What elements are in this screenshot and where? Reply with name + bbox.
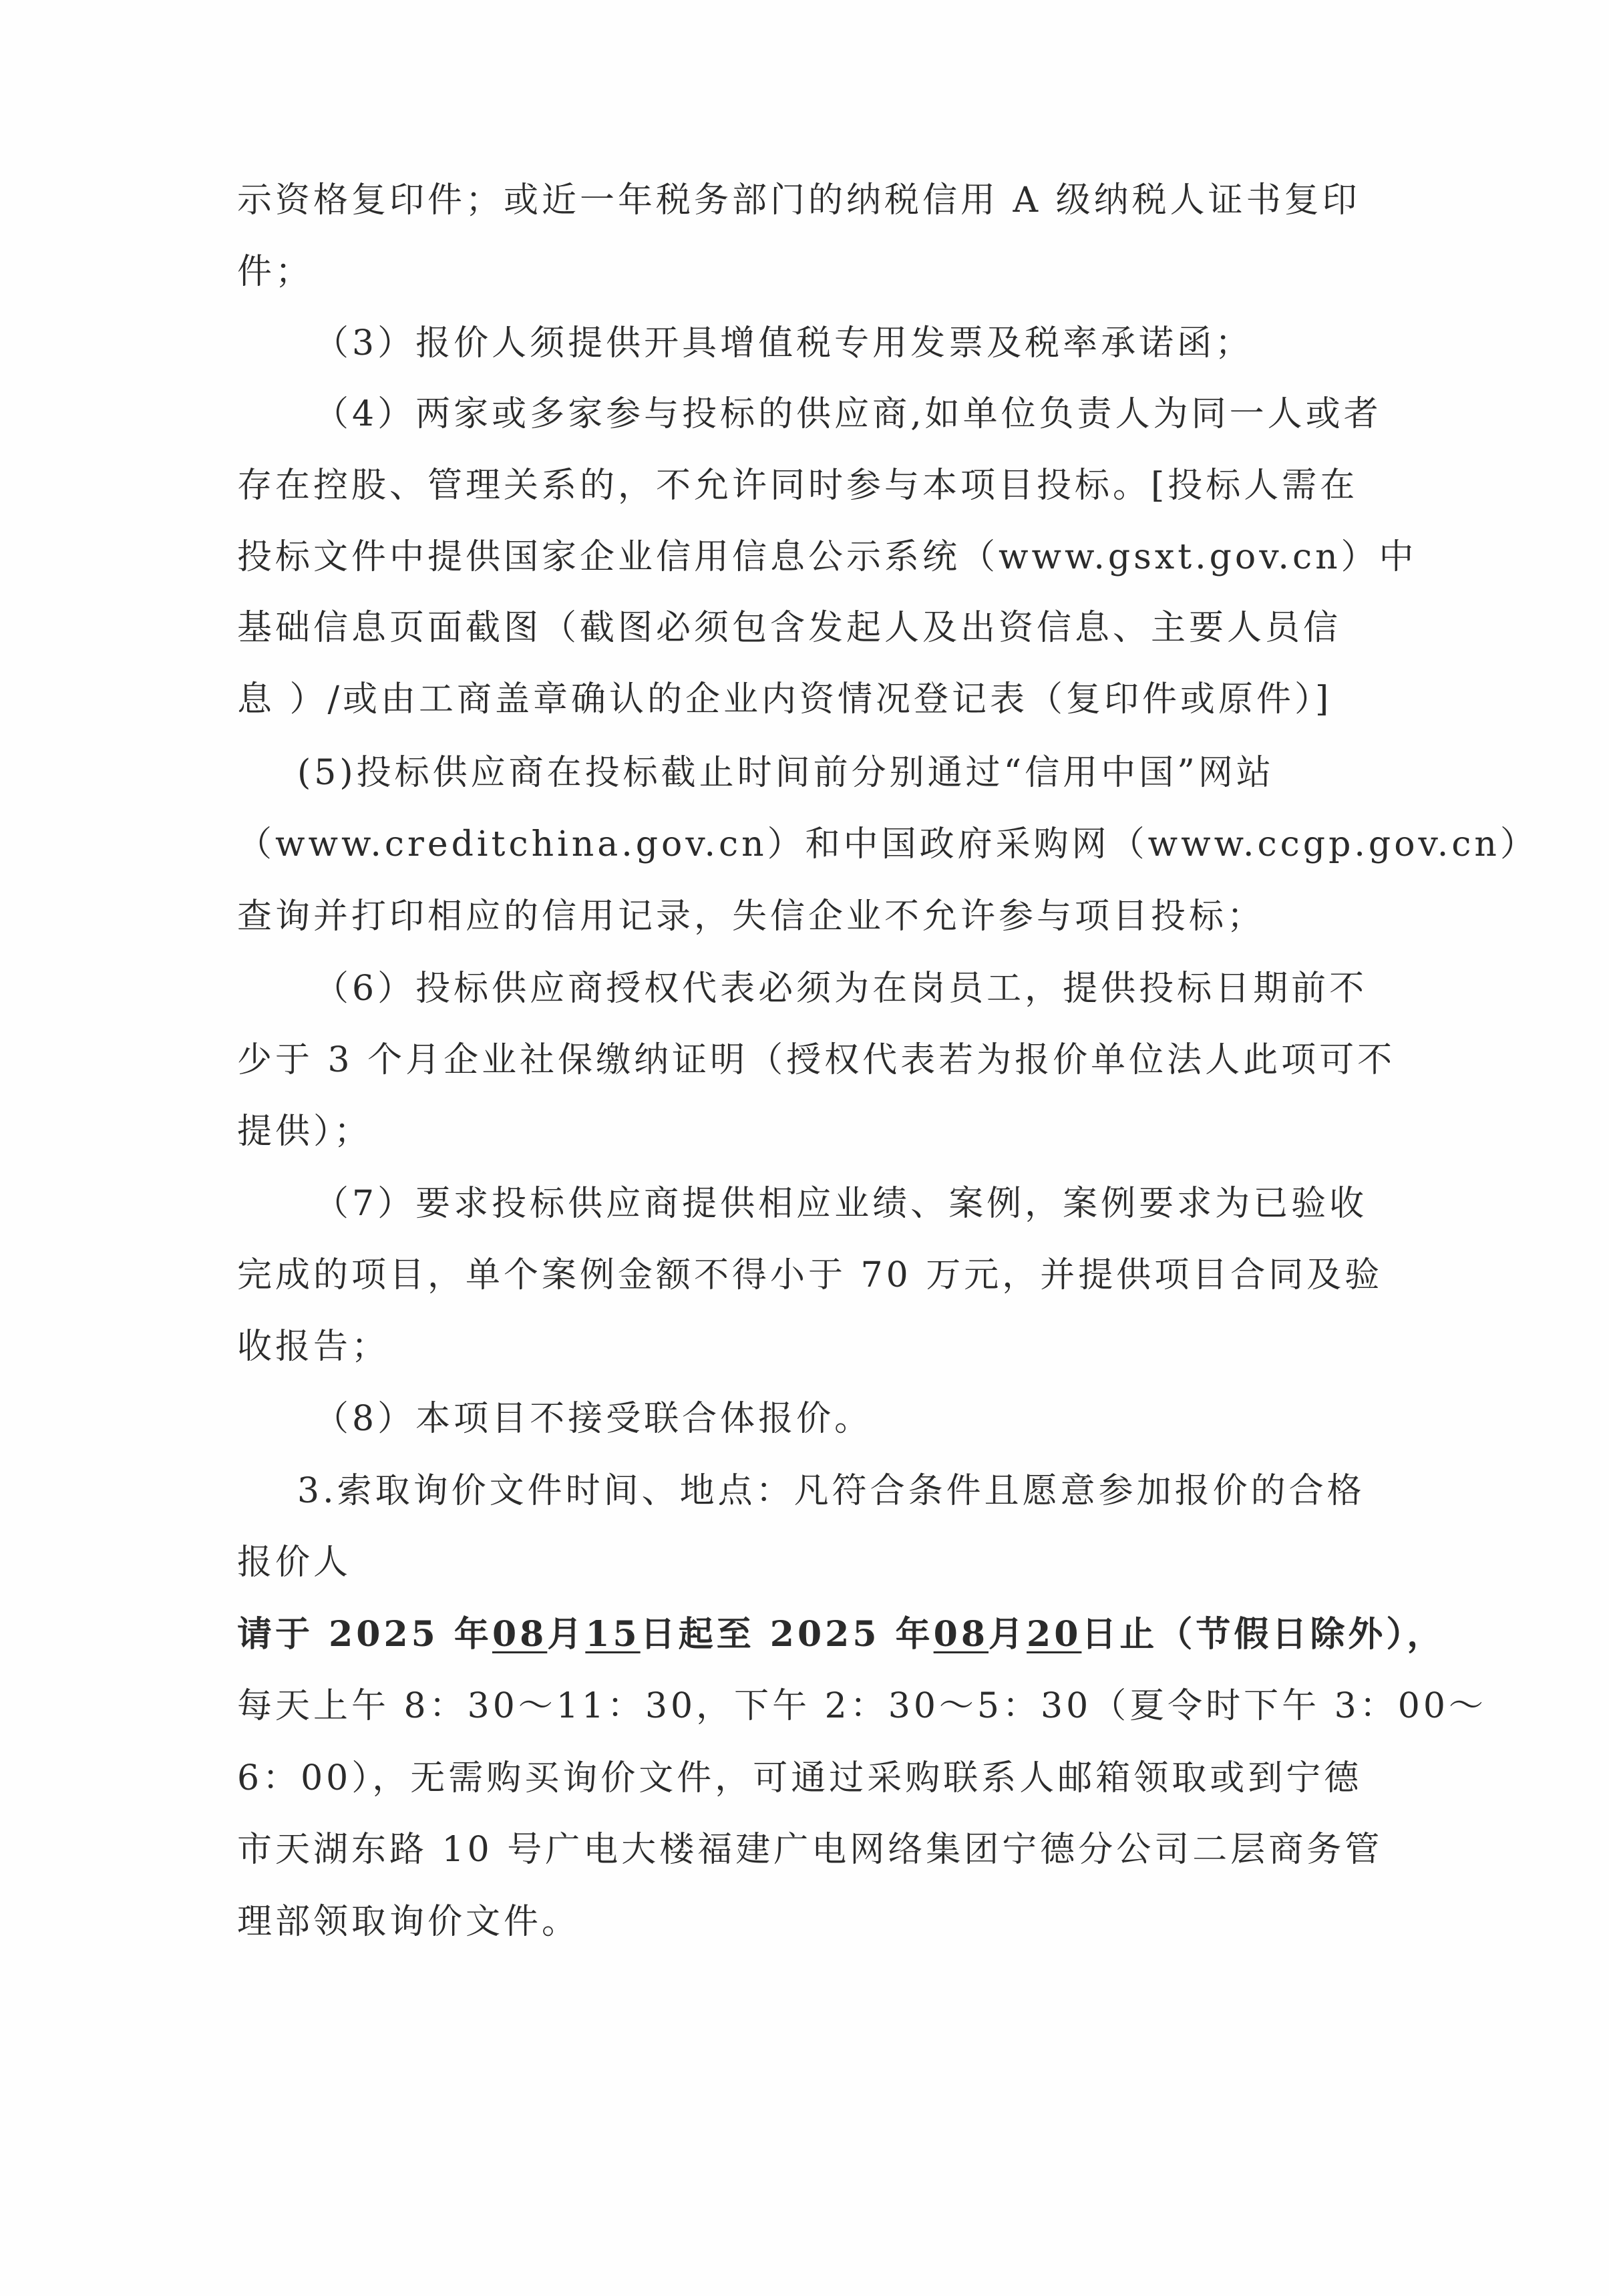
clause-5-line-2: （www.creditchina.gov.cn）和中国政府采购网（www.ccg… xyxy=(237,823,1386,866)
clause-7-line-2: 完成的项目，单个案例金额不得小于 70 万元，并提供项目合同及验 xyxy=(237,1254,1386,1297)
clause-6-line-3: 提供）； xyxy=(237,1110,1386,1153)
clause-5-line-3: 查询并打印相应的信用记录，失信企业不允许参与项目投标； xyxy=(237,895,1386,938)
office-hours: 每天上午 8：30～11：30，下午 2：30～5：30（夏令时下午 3：00～ xyxy=(237,1685,1386,1728)
clause-6-line-2: 少于 3 个月企业社保缴纳证明（授权代表若为报价单位法人此项可不 xyxy=(237,1039,1386,1082)
start-day: 15 xyxy=(585,1614,640,1655)
office-hours-line-2: 6：00），无需购买询价文件，可通过采购联系人邮箱领取或到宁德 xyxy=(237,1757,1386,1800)
clause-3-vat-invoice: （3）报价人须提供开具增值税专用发票及税率承诺函； xyxy=(314,322,1463,365)
clause-7-line-3: 收报告； xyxy=(237,1325,1386,1368)
text-line-qualification-copy: 示资格复印件；或近一年税务部门的纳税信用 A 级纳税人证书复印 xyxy=(237,179,1386,222)
clause-6-authorized-rep: （6）投标供应商授权代表必须为在岗员工，提供投标日期前不 xyxy=(314,967,1463,1010)
clause-4-line-5: 息 ）/或由工商盖章确认的企业内资情况登记表（复印件或原件）] xyxy=(237,678,1386,721)
end-day: 20 xyxy=(1027,1614,1081,1655)
section-3-line-2: 报价人 xyxy=(237,1541,1386,1584)
collection-address: 市天湖东路 10 号广电大楼福建广电网络集团宁德分公司二层商务管 xyxy=(237,1828,1386,1871)
date-mid: 日起至 2025 年 xyxy=(641,1614,934,1655)
clause-4-line-3: 投标文件中提供国家企业信用信息公示系统（www.gsxt.gov.cn）中 xyxy=(237,536,1386,579)
text-line-continued: 件； xyxy=(237,251,1386,293)
clause-4-line-2: 存在控股、管理关系的，不允许同时参与本项目投标。[投标人需在 xyxy=(237,464,1386,507)
clause-4-line-4: 基础信息页面截图（截图必须包含发起人及出资信息、主要人员信 xyxy=(237,607,1386,649)
collection-date-range: 请于 2025 年08月15日起至 2025 年08月20日止（节假日除外）， xyxy=(237,1613,1386,1656)
end-month: 08 xyxy=(934,1614,989,1655)
date-suffix: 日止（节假日除外）， xyxy=(1081,1614,1445,1655)
document-page: 示资格复印件；或近一年税务部门的纳税信用 A 级纳税人证书复印 件； （3）报价… xyxy=(0,0,1609,2296)
clause-7-performance-cases: （7）要求投标供应商提供相应业绩、案例，案例要求为已验收 xyxy=(314,1182,1463,1225)
clause-4-joint-bidding: （4）两家或多家参与投标的供应商,如单位负责人为同一人或者 xyxy=(314,393,1463,436)
month-label-2: 月 xyxy=(989,1614,1027,1655)
section-3-document-collection: 3.索取询价文件时间、地点：凡符合条件且愿意参加报价的合格 xyxy=(297,1470,1446,1512)
clause-8-no-consortium: （8）本项目不接受联合体报价。 xyxy=(314,1398,1463,1440)
month-label: 月 xyxy=(547,1614,585,1655)
start-month: 08 xyxy=(492,1614,547,1655)
clause-5-credit-check: (5)投标供应商在投标截止时间前分别通过“信用中国”网站 xyxy=(297,752,1446,794)
collection-address-line-2: 理部领取询价文件。 xyxy=(237,1901,1386,1943)
date-prefix: 请于 2025 年 xyxy=(237,1614,492,1655)
